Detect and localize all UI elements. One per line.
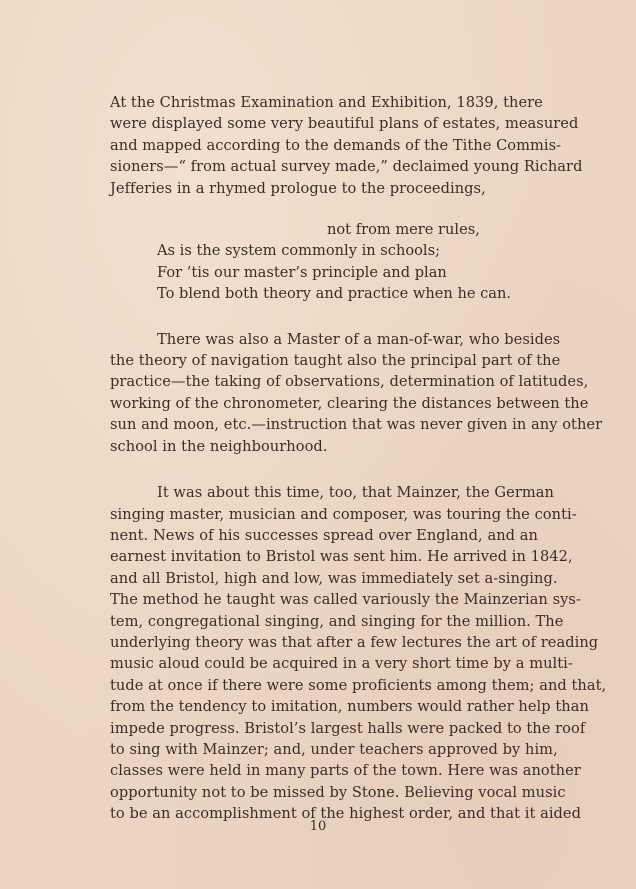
- text-line: classes were held in many parts of the t…: [110, 760, 538, 781]
- text-line: sun and moon, etc.—instruction that was …: [110, 414, 538, 435]
- verse-line: not from mere rules,: [110, 219, 538, 240]
- text-line: tem, congregational singing, and singing…: [110, 611, 538, 632]
- text-line: the theory of navigation taught also the…: [110, 350, 538, 371]
- text-line: opportunity not to be missed by Stone. B…: [110, 782, 538, 803]
- paragraph-mainzer: It was about this time, too, that Mainze…: [110, 482, 538, 825]
- text-line: underlying theory was that after a few l…: [110, 632, 538, 653]
- text-line: were displayed some very beautiful plans…: [110, 113, 538, 134]
- page-number: 10: [0, 819, 636, 834]
- verse-line: For ’tis our master’s principle and plan: [110, 262, 538, 283]
- text-line: At the Christmas Examination and Exhibit…: [110, 92, 538, 113]
- verse-quotation: not from mere rules, As is the system co…: [110, 219, 538, 305]
- text-line: school in the neighbourhood.: [110, 436, 538, 457]
- verse-line: As is the system commonly in schools;: [110, 240, 538, 261]
- text-line: nent. News of his successes spread over …: [110, 525, 538, 546]
- text-line: and mapped according to the demands of t…: [110, 135, 538, 156]
- text-line: to sing with Mainzer; and, under teacher…: [110, 739, 538, 760]
- page-body: At the Christmas Examination and Exhibit…: [110, 92, 538, 825]
- paragraph-exhibition: At the Christmas Examination and Exhibit…: [110, 92, 538, 199]
- text-line: singing master, musician and composer, w…: [110, 504, 538, 525]
- text-line: It was about this time, too, that Mainze…: [110, 482, 538, 503]
- text-line: The method he taught was called variousl…: [110, 589, 538, 610]
- text-line: There was also a Master of a man-of-war,…: [110, 329, 538, 350]
- text-line: tude at once if there were some proficie…: [110, 675, 538, 696]
- text-line: and all Bristol, high and low, was immed…: [110, 568, 538, 589]
- verse-line: To blend both theory and practice when h…: [110, 283, 538, 304]
- text-line: sioners—“ from actual survey made,” decl…: [110, 156, 538, 177]
- text-line: working of the chronometer, clearing the…: [110, 393, 538, 414]
- text-line: from the tendency to imitation, numbers …: [110, 696, 538, 717]
- text-line: music aloud could be acquired in a very …: [110, 653, 538, 674]
- text-line: impede progress. Bristol’s largest halls…: [110, 718, 538, 739]
- text-line: Jefferies in a rhymed prologue to the pr…: [110, 178, 538, 199]
- paragraph-navigation-master: There was also a Master of a man-of-war,…: [110, 329, 538, 457]
- text-line: practice—the taking of observations, det…: [110, 371, 538, 392]
- text-line: earnest invitation to Bristol was sent h…: [110, 546, 538, 567]
